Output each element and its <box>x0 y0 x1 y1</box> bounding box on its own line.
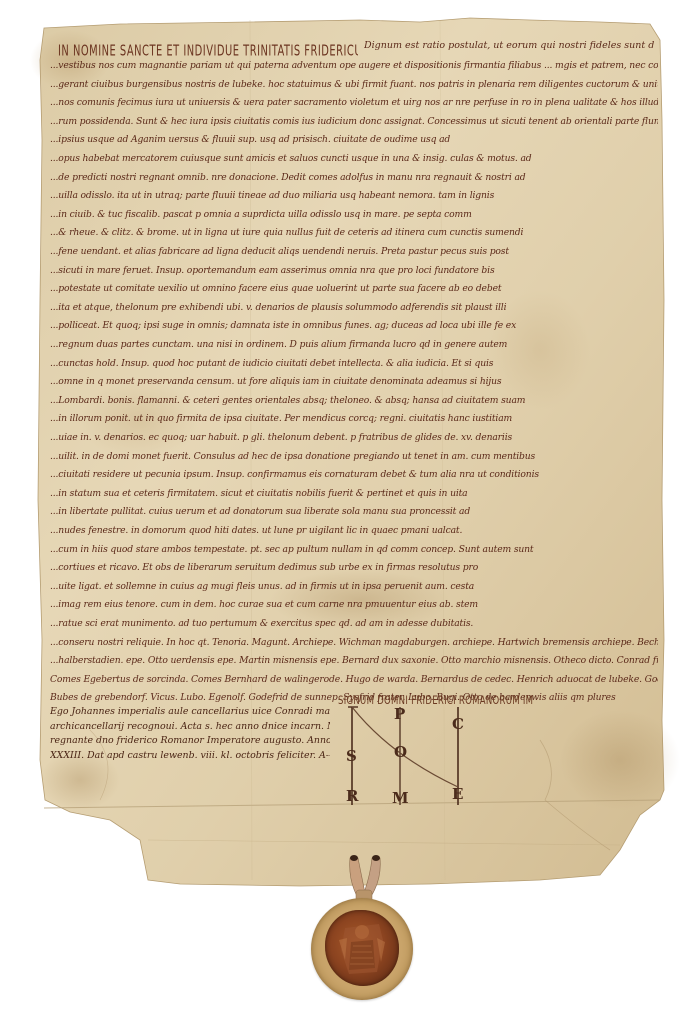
imperial-monogram: S R P O M C E <box>340 705 490 815</box>
charter-text-line: ...in ciuib. & tuc fiscalib. pascat p om… <box>50 209 658 221</box>
charter-text-line: ...ratue sci erat munimento. ad tuo pert… <box>50 618 658 630</box>
charter-text-line: ...regnum duas partes cunctam. una nisi … <box>50 339 658 351</box>
chancery-line: XXXIII. Dat apd castru lewenb. viii. kl.… <box>50 749 330 764</box>
chancery-recognition: Ego Johannes imperialis aule cancellariu… <box>50 705 330 763</box>
pendant-wax-seal <box>300 850 430 1020</box>
charter-text-line: ...potestate ut comitate uexilio ut omni… <box>50 283 658 295</box>
charter-heading-tail: Dignum est ratio postulat, ut eorum qui … <box>364 40 654 51</box>
charter-text-line: ...gerant ciuibus burgensibus nostris de… <box>50 79 658 91</box>
charter-text-line: ...cortiues et ricavo. Et obs de liberar… <box>50 562 658 574</box>
charter-text-line: ...& rheue. & clitz. & brome. ut in lign… <box>50 227 658 239</box>
charter-text-line: ...nos comunis fecimus iura ut uniuersis… <box>50 97 658 109</box>
chancery-line: Ego Johannes imperialis aule cancellariu… <box>50 705 330 720</box>
charter-text-line: ...imag rem eius tenore. cum in dem. hoc… <box>50 599 658 611</box>
charter-text-line: ...cum in hiis quod stare ambos tempesta… <box>50 544 658 556</box>
monogram-letter-s: S <box>346 747 357 765</box>
charter-text-line: ...sicuti in mare feruet. Insup. oportem… <box>50 265 658 277</box>
charter-text-line: ...uilit. in de domi monet fuerit. Consu… <box>50 451 658 463</box>
charter-text-line: ...nudes fenestre. in domorum quod hiti … <box>50 525 658 537</box>
charter-text-line: ...Lombardi. bonis. flamanni. & ceteri g… <box>50 395 658 407</box>
monogram-letter-m: M <box>392 789 409 807</box>
charter-heading-elongated: IN NOMINE SANCTE ET INDIVIDUE TRINITATIS… <box>58 42 358 61</box>
chancery-line: regnante dno friderico Romanor Imperator… <box>50 734 330 749</box>
charter-text-line: ...uilla odisslo. ita ut in utraq; parte… <box>50 190 658 202</box>
charter-text-line: ...halberstadien. epe. Otto uerdensis ep… <box>50 655 658 667</box>
charter-text-line: ...ita et atque, thelonum pre exhibendi … <box>50 302 658 314</box>
charter-text-line: ...fene uendant. et alias fabricare ad l… <box>50 246 658 258</box>
charter-text-line: ...ciuitati residere ut pecunia ipsum. I… <box>50 469 658 481</box>
seal-impression <box>325 910 399 986</box>
monogram-letter-r: R <box>346 787 358 805</box>
charter-text-line: ...opus habebat mercatorem cuiusque sunt… <box>50 153 658 165</box>
charter-text-line: ...uite ligat. et sollemne in cuius ag m… <box>50 581 658 593</box>
seal-outer-shell <box>311 898 413 1000</box>
enthroned-emperor-icon <box>325 910 399 986</box>
charter-text-line: ...rum possidenda. Sunt & hec iura ipsis… <box>50 116 658 128</box>
witness-list-line: Comes Egebertus de sorcinda. Comes Bernh… <box>50 674 658 686</box>
charter-text-line: ...omne in q monet preservanda censum. u… <box>50 376 658 388</box>
charter-text-line: ...uiae in. v. denarios. ec quoq; uar ha… <box>50 432 658 444</box>
charter-text-line: ...conseru nostri reliquie. In hoc qt. T… <box>50 637 658 649</box>
charter-text-line: ...in libertate pullitat. cuius uerum et… <box>50 506 658 518</box>
parchment-charter: IN NOMINE SANCTE ET INDIVIDUE TRINITATIS… <box>0 0 696 900</box>
charter-text-line: ...ipsius usque ad Aganim uersus & fluui… <box>50 134 658 146</box>
charter-text-line: ...de predicti nostri regnant omnib. nre… <box>50 172 658 184</box>
monogram-letter-c: C <box>452 715 464 733</box>
monogram-letter-e: E <box>452 785 463 803</box>
monogram-strokes <box>340 705 490 815</box>
charter-text-line: ...polliceat. Et quoq; ipsi suge in omni… <box>50 320 658 332</box>
charter-text-line: ...in illorum ponit. ut in quo firmita d… <box>50 413 658 425</box>
monogram-letter-o: O <box>394 743 407 761</box>
monogram-letter-p: P <box>394 705 405 723</box>
chancery-line: archicancellarij recognoui. Acta s. hec … <box>50 720 330 735</box>
charter-text-line: ...cunctas hold. Insup. quod hoc putant … <box>50 358 658 370</box>
charter-text-line: ...vestibus nos cum magnantie pariam ut … <box>50 60 658 72</box>
charter-text-line: ...in statum sua et ceteris firmitatem. … <box>50 488 658 500</box>
